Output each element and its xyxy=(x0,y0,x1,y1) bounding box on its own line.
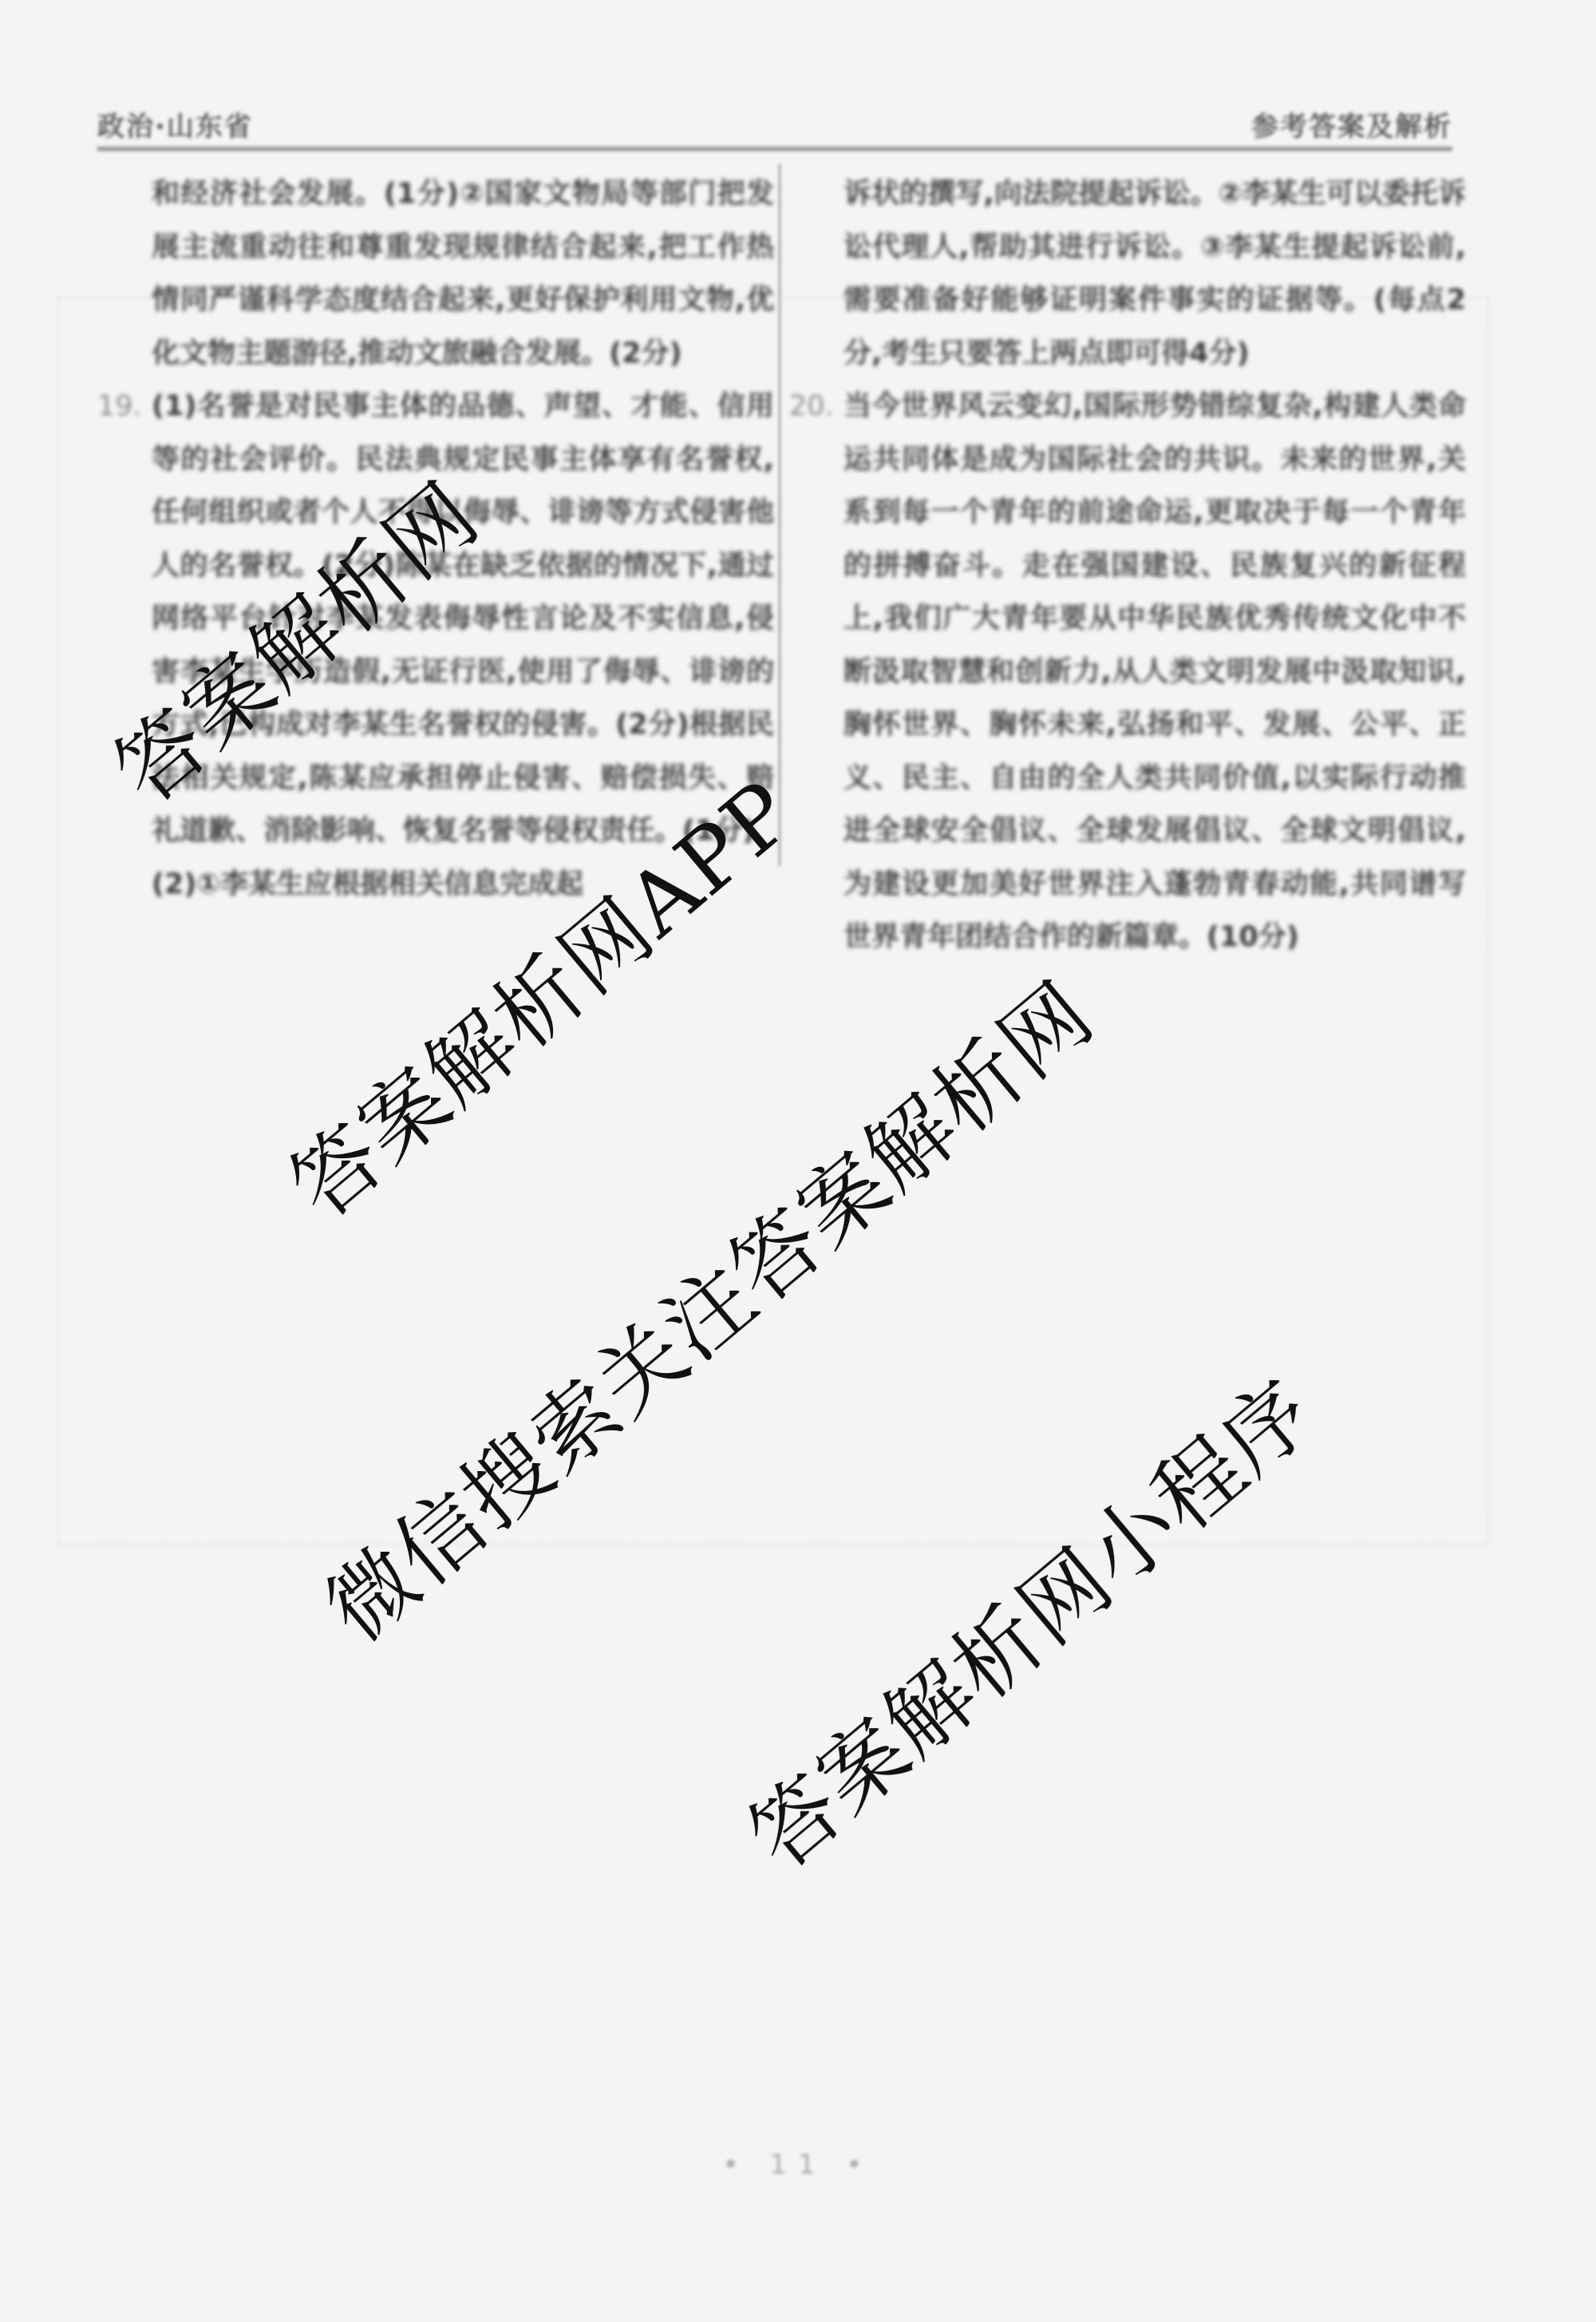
column-divider xyxy=(778,164,781,866)
question-number: 20. xyxy=(789,380,834,433)
q19-continuation: 诉状的撰写,向法院提起诉讼。②李某生可以委托诉讼代理人,帮助其进行诉讼。③李某生… xyxy=(843,168,1466,380)
page-number: • 11 • xyxy=(0,2149,1596,2181)
question-20: 20. 当今世界风云变幻,国际形势错综复杂,构建人类命运共同体是成为国际社会的共… xyxy=(843,380,1466,964)
header-section-title: 参考答案及解析 xyxy=(1251,105,1452,144)
right-column: 诉状的撰写,向法院提起诉讼。②李某生可以委托诉讼代理人,帮助其进行诉讼。③李某生… xyxy=(843,168,1466,964)
q18-continuation: 和经济社会发展。(1分)②国家文物局等部门把发展主流重动往和尊重发现规律结合起来… xyxy=(152,168,774,380)
page-header: 政治·山东省 参考答案及解析 xyxy=(97,110,1452,151)
header-subject: 政治·山东省 xyxy=(97,105,253,144)
question-number: 19. xyxy=(97,380,142,433)
q20-answer: 当今世界风云变幻,国际形势错综复杂,构建人类命运共同体是成为国际社会的共识。未来… xyxy=(843,380,1466,964)
